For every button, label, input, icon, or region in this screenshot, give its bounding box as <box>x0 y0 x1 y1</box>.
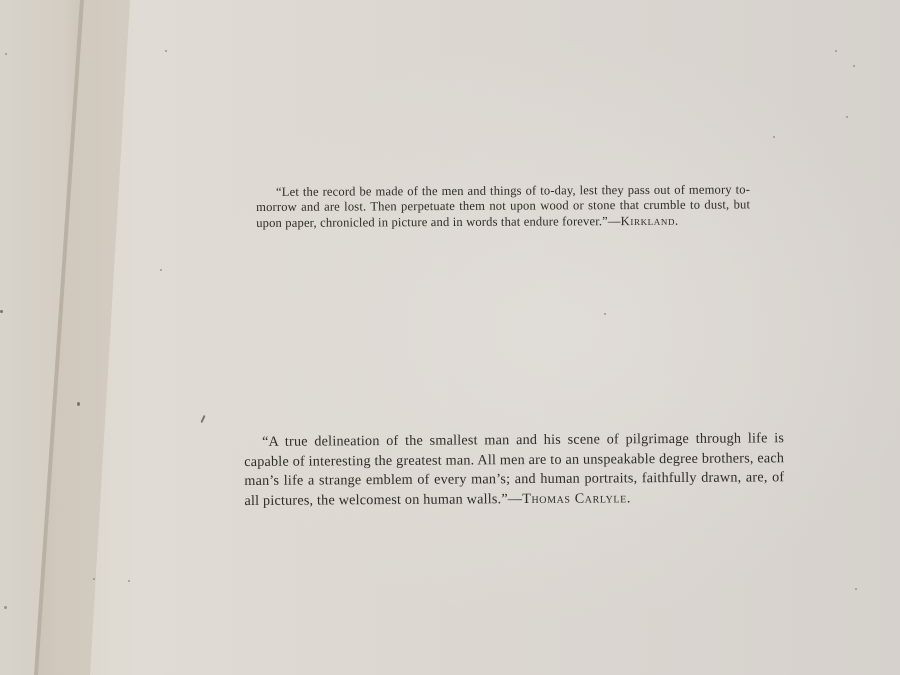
quote-carlyle: “A true delineation of the smallest man … <box>244 429 785 511</box>
quote-author: Kirkland. <box>621 213 679 227</box>
quote-author: Thomas Carlyle. <box>522 490 631 507</box>
quote-text: “A true delineation of the smallest man … <box>244 430 784 509</box>
paper-speck <box>77 402 80 406</box>
quote-kirkland: “Let the record be made of the men and t… <box>256 182 750 231</box>
paper-speck <box>160 269 162 271</box>
paper-speck <box>0 310 3 313</box>
paper-speck <box>5 53 7 55</box>
paper-speck <box>604 313 606 315</box>
paper-speck <box>93 578 95 580</box>
paper-speck <box>855 588 857 590</box>
paper-speck <box>4 606 7 609</box>
paper-speck <box>128 580 130 582</box>
paper-speck <box>835 50 837 52</box>
paper-speck <box>773 136 775 138</box>
book-page <box>0 0 900 675</box>
book-spread: “Let the record be made of the men and t… <box>0 0 900 675</box>
paper-speck <box>853 65 855 67</box>
paper-speck <box>165 50 167 52</box>
paper-speck <box>846 116 848 118</box>
